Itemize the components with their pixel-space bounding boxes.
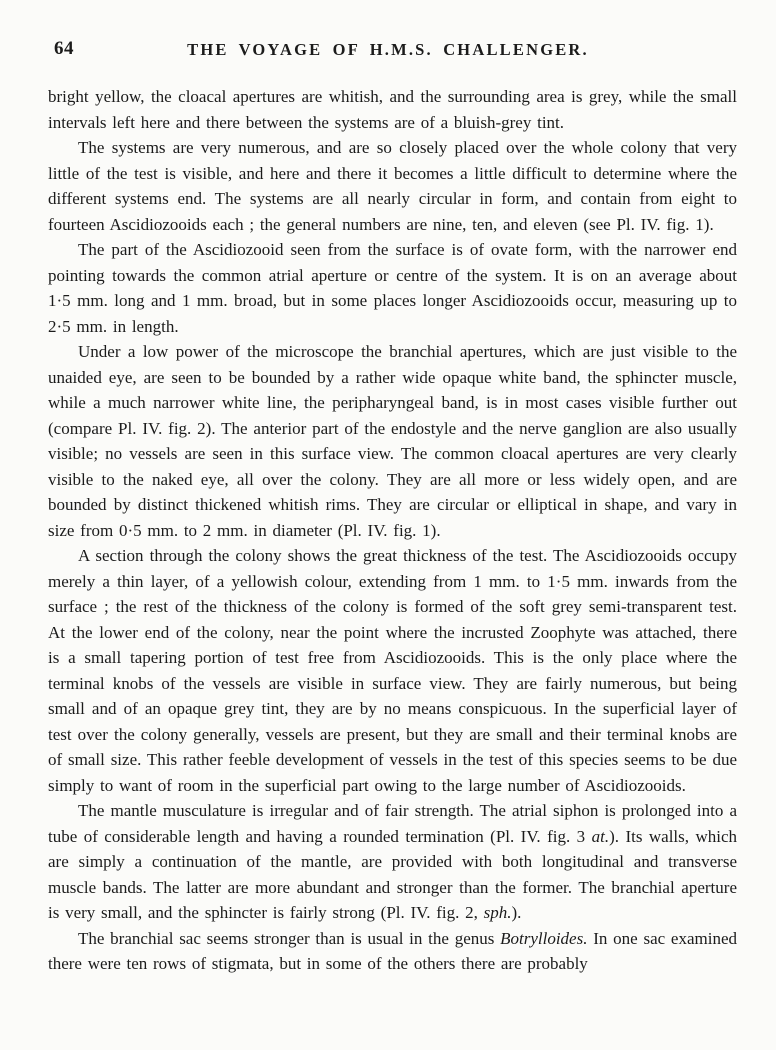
italic-text-segment: Botrylloides. xyxy=(500,929,587,948)
running-title: THE VOYAGE OF H.M.S. CHALLENGER. xyxy=(0,38,776,60)
text-segment: A section through the colony shows the g… xyxy=(48,546,737,795)
text-segment: The systems are very numerous, and are s… xyxy=(48,138,737,234)
text-block: bright yellow, the cloacal apertures are… xyxy=(48,84,737,977)
paragraph: A section through the colony shows the g… xyxy=(48,543,737,798)
paragraph: Under a low power of the microscope the … xyxy=(48,339,737,543)
italic-text-segment: at. xyxy=(592,827,609,846)
text-segment: The branchial sac seems stronger than is… xyxy=(78,929,500,948)
page-number: 64 xyxy=(54,38,74,60)
italic-text-segment: sph. xyxy=(484,903,512,922)
paragraph: The mantle musculature is irregular and … xyxy=(48,798,737,926)
text-segment: Under a low power of the microscope the … xyxy=(48,342,737,540)
text-segment: bright yellow, the cloacal apertures are… xyxy=(48,87,737,132)
paragraph: The part of the Ascidiozooid seen from t… xyxy=(48,237,737,339)
text-segment: ). xyxy=(512,903,522,922)
text-segment: The part of the Ascidiozooid seen from t… xyxy=(48,240,737,336)
page-header: 64 THE VOYAGE OF H.M.S. CHALLENGER. xyxy=(0,38,776,62)
paragraph: bright yellow, the cloacal apertures are… xyxy=(48,84,737,135)
paragraph: The branchial sac seems stronger than is… xyxy=(48,926,737,977)
paragraph: The systems are very numerous, and are s… xyxy=(48,135,737,237)
book-page: 64 THE VOYAGE OF H.M.S. CHALLENGER. brig… xyxy=(0,0,776,1050)
